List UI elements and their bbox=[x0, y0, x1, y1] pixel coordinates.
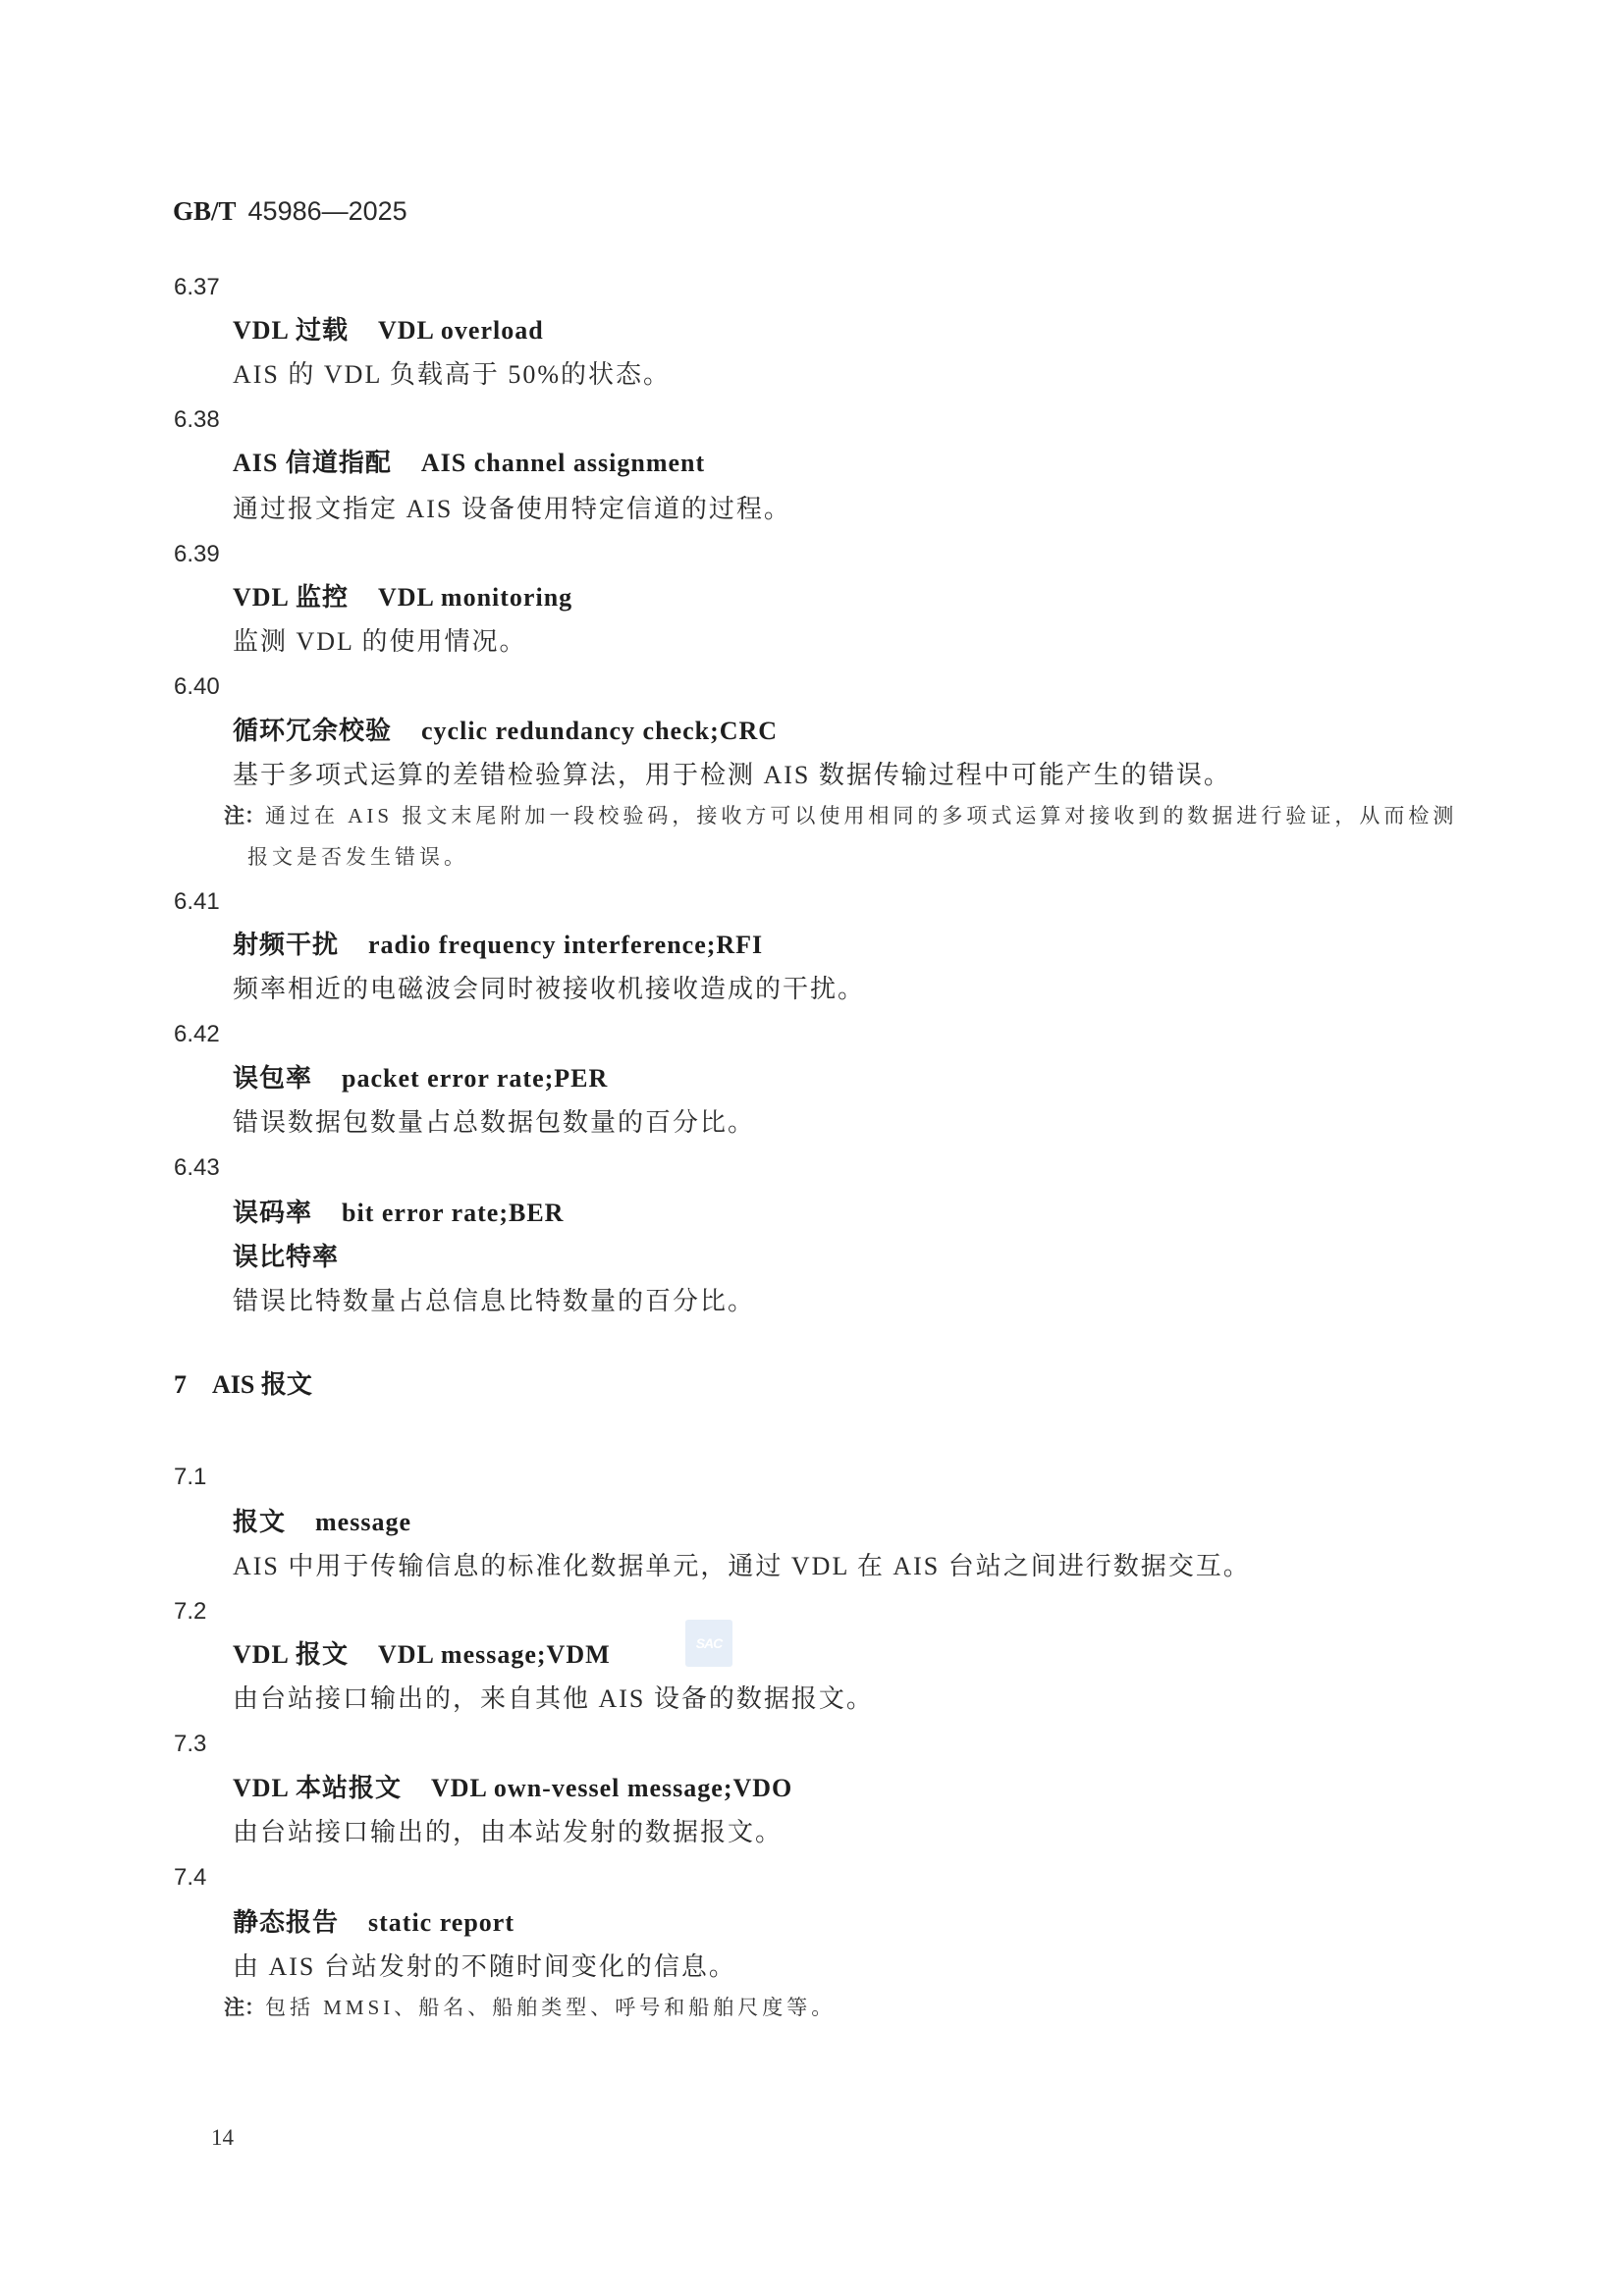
term-en: AIS channel assignment bbox=[421, 449, 705, 477]
clause-number: 6.41 bbox=[174, 890, 220, 914]
page-number: 14 bbox=[211, 2126, 234, 2149]
term-definition: 错误比特数量占总信息比特数量的百分比。 bbox=[233, 1289, 755, 1314]
clause-number: 6.43 bbox=[174, 1156, 220, 1180]
term-en: VDL message;VDM bbox=[378, 1640, 611, 1669]
term-heading: VDL 本站报文VDL own-vessel message;VDO bbox=[233, 1776, 792, 1801]
clause-number: 6.39 bbox=[174, 543, 220, 566]
term-heading: 误码率bit error rate;BER bbox=[233, 1201, 564, 1226]
term-en: packet error rate;PER bbox=[342, 1064, 608, 1093]
term-en: message bbox=[315, 1508, 411, 1536]
term-cn: VDL 过载 bbox=[233, 316, 349, 345]
term-en: bit error rate;BER bbox=[342, 1199, 564, 1227]
term-en: cyclic redundancy check;CRC bbox=[421, 717, 778, 745]
term-heading: 射频干扰radio frequency interference;RFI bbox=[233, 933, 763, 958]
note-label: 注： bbox=[224, 1996, 265, 2019]
term-definition: 监测 VDL 的使用情况。 bbox=[233, 629, 526, 655]
sac-logo-icon: SAC bbox=[696, 1635, 723, 1651]
section-title: AIS 报文 bbox=[212, 1370, 312, 1399]
clause-number: 7.3 bbox=[174, 1733, 206, 1756]
note-text: 包括 MMSI、船名、船舶类型、呼号和船舶尺度等。 bbox=[265, 1996, 836, 2019]
term-cn: VDL 报文 bbox=[233, 1640, 349, 1669]
clause-number: 6.38 bbox=[174, 408, 220, 432]
term-heading: 循环冗余校验cyclic redundancy check;CRC bbox=[233, 719, 778, 744]
term-heading: VDL 过载VDL overload bbox=[233, 318, 544, 344]
term-cn: VDL 本站报文 bbox=[233, 1774, 402, 1802]
clause-number: 7.4 bbox=[174, 1866, 206, 1890]
document-header: GB/T45986—2025 bbox=[173, 198, 407, 225]
term-cn: 报文 bbox=[233, 1508, 286, 1536]
term-en: radio frequency interference;RFI bbox=[368, 931, 763, 959]
term-cn: 射频干扰 bbox=[233, 931, 339, 959]
section-number: 7 bbox=[174, 1370, 187, 1399]
term-cn: 循环冗余校验 bbox=[233, 717, 392, 745]
term-en: static report bbox=[368, 1908, 514, 1937]
term-en: VDL overload bbox=[378, 316, 544, 345]
term-heading: 误包率packet error rate;PER bbox=[233, 1066, 608, 1092]
term-definition: 由台站接口输出的，由本站发射的数据报文。 bbox=[233, 1820, 783, 1845]
term-heading: 静态报告static report bbox=[233, 1910, 514, 1936]
note: 注：包括 MMSI、船名、船舶类型、呼号和船舶尺度等。 bbox=[224, 1998, 836, 2018]
note-text: 通过在 AIS 报文末尾附加一段校验码，接收方可以使用相同的多项式运算对接收到的… bbox=[265, 804, 1457, 828]
note-label: 注： bbox=[224, 804, 265, 828]
clause-number: 7.1 bbox=[174, 1466, 206, 1489]
term-cn: 误码率 bbox=[233, 1199, 312, 1227]
sac-watermark: SAC bbox=[685, 1620, 732, 1667]
term-cn: VDL 监控 bbox=[233, 583, 349, 612]
term-definition: 错误数据包数量占总数据包数量的百分比。 bbox=[233, 1110, 755, 1136]
clause-number: 6.37 bbox=[174, 276, 220, 299]
term-definition: 基于多项式运算的差错检验算法，用于检测 AIS 数据传输过程中可能产生的错误。 bbox=[233, 763, 1231, 788]
standard-number: 45986—2025 bbox=[248, 196, 407, 226]
term-heading: AIS 信道指配AIS channel assignment bbox=[233, 451, 705, 476]
term-definition: AIS 的 VDL 负载高于 50%的状态。 bbox=[233, 362, 671, 388]
clause-number: 7.2 bbox=[174, 1600, 206, 1624]
clause-number: 6.42 bbox=[174, 1023, 220, 1046]
section-heading: 7AIS 报文 bbox=[174, 1372, 312, 1398]
term-cn: 静态报告 bbox=[233, 1908, 339, 1937]
term-cn: 误包率 bbox=[233, 1064, 312, 1093]
term-definition: 由 AIS 台站发射的不随时间变化的信息。 bbox=[233, 1954, 736, 1980]
standard-code: GB/T bbox=[173, 196, 237, 226]
term-en: VDL monitoring bbox=[378, 583, 572, 612]
note-continuation: 报文是否发生错误。 bbox=[247, 847, 468, 868]
term-en: VDL own-vessel message;VDO bbox=[431, 1774, 792, 1802]
clause-number: 6.40 bbox=[174, 675, 220, 699]
note: 注：通过在 AIS 报文末尾附加一段校验码，接收方可以使用相同的多项式运算对接收… bbox=[224, 806, 1457, 827]
term-cn: AIS 信道指配 bbox=[233, 449, 392, 477]
term-heading: VDL 报文VDL message;VDM bbox=[233, 1642, 611, 1668]
term-heading: VDL 监控VDL monitoring bbox=[233, 585, 572, 611]
term-definition: AIS 中用于传输信息的标准化数据单元，通过 VDL 在 AIS 台站之间进行数… bbox=[233, 1554, 1251, 1579]
term-heading: 报文message bbox=[233, 1510, 411, 1535]
term-definition: 由台站接口输出的，来自其他 AIS 设备的数据报文。 bbox=[233, 1686, 874, 1712]
term-definition: 通过报文指定 AIS 设备使用特定信道的过程。 bbox=[233, 497, 791, 522]
term-definition: 频率相近的电磁波会同时被接收机接收造成的干扰。 bbox=[233, 977, 865, 1002]
term-synonym: 误比特率 bbox=[233, 1245, 339, 1270]
